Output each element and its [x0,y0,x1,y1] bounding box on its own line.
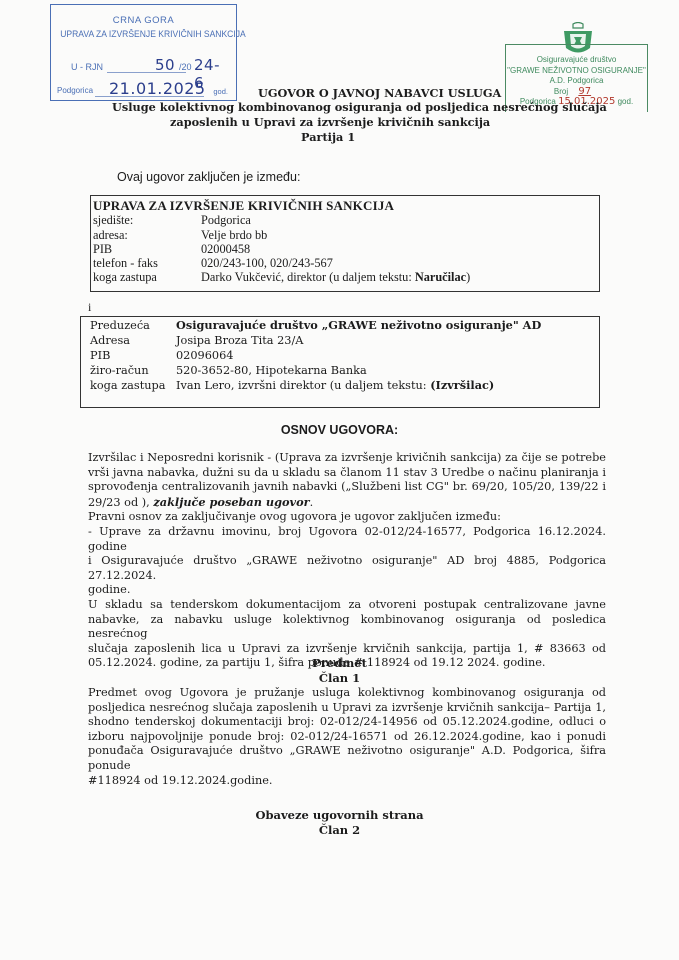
intro-text: Ovaj ugovor zaključen je između: [117,170,300,184]
insurer-stamp-number: 97 [570,86,599,97]
insurer-stamp-line2: "GRAWE NEŽIVOTNO OSIGURANJE" [506,66,647,77]
insurer-stamp-line3: A.D. Podgorica [506,76,647,87]
title-line-3: zaposlenih u Upravi za izvršenje krivičn… [170,115,490,130]
document-page: CRNA GORA UPRAVA ZA IZVRŠENJE KRIVIČNIH … [0,0,679,960]
stamp-reg-row: U - RJN 50 /20 24-6 [57,57,230,75]
table-row: koga zastupaDarko Vukčević, direktor (u … [93,270,470,284]
stamp-date-row: Podgorica 21.01.2025 god. [57,81,230,99]
article-1-number: Član 1 [0,671,679,686]
article-1-body: Predmet ovog Ugovora je pružanje usluga … [88,686,606,788]
table-row: žiro-račun520-3652-80, Hipotekarna Banka [90,363,541,378]
client-name: UPRAVA ZA IZVRŠENJE KRIVIČNIH SANKCIJA [93,199,599,213]
stamp-date: 21.01.2025 [109,79,206,98]
title-line-1: UGOVOR O JAVNOJ NABAVCI USLUGA [258,86,501,101]
title-line-2: Usluge kolektivnog kombinovanog osiguran… [112,100,607,115]
stamp-institution: UPRAVA ZA IZVRŠENJE KRIVIČNIH SANKCIJA [60,29,227,40]
stamp-reg-label: U - RJN [71,62,103,72]
article-2-number: Član 2 [0,823,679,838]
article-2-heading: Obaveze ugovornih strana [0,808,679,823]
table-row: telefon - faks020/243-100, 020/243-567 [93,256,470,270]
emphasis-text: zaključe poseban ugovor [153,495,309,509]
stamp-god-label: god. [213,87,228,96]
stamp-reg-year: /20 [179,62,192,72]
table-row: PIB02096064 [90,348,541,363]
table-row: koga zastupaIvan Lero, izvršni direktor … [90,378,541,393]
party-client-box: UPRAVA ZA IZVRŠENJE KRIVIČNIH SANKCIJA s… [90,195,600,292]
stamp-reg-number: 50 [155,56,175,74]
title-line-4: Partija 1 [301,130,355,145]
table-row: PreduzećaOsiguravajuće društvo „GRAWE ne… [90,318,541,333]
contractor-role: (Izvršilac) [430,378,494,392]
insurer-stamp-line1: Osiguravajuće društvo [506,55,647,66]
contractor-name: Osiguravajuće društvo „GRAWE neživotno o… [176,318,541,333]
party-contractor-box: PreduzećaOsiguravajuće društvo „GRAWE ne… [80,316,600,408]
section-heading-basis: OSNOV UGOVORA: [0,423,679,438]
table-row: PIB02000458 [93,242,470,256]
conjunction: i [88,300,91,315]
contractor-details: PreduzećaOsiguravajuće društvo „GRAWE ne… [90,318,541,393]
basis-section: Izvršilac i Neposredni korisnik - (Uprav… [88,451,606,671]
client-details: sjedište:Podgorica adresa:Velje brdo bb … [93,213,470,284]
table-row: Adresa Josipa Broza Tita 23/A [90,333,541,348]
registry-stamp: CRNA GORA UPRAVA ZA IZVRŠENJE KRIVIČNIH … [50,4,237,101]
article-1-heading: Predmet [0,656,679,671]
table-row: sjedište:Podgorica [93,213,470,227]
table-row: adresa:Velje brdo bb [93,228,470,242]
stamp-country: CRNA GORA [51,15,236,26]
client-role: Naručilac [415,270,466,284]
stamp-place-label: Podgorica [57,86,93,95]
